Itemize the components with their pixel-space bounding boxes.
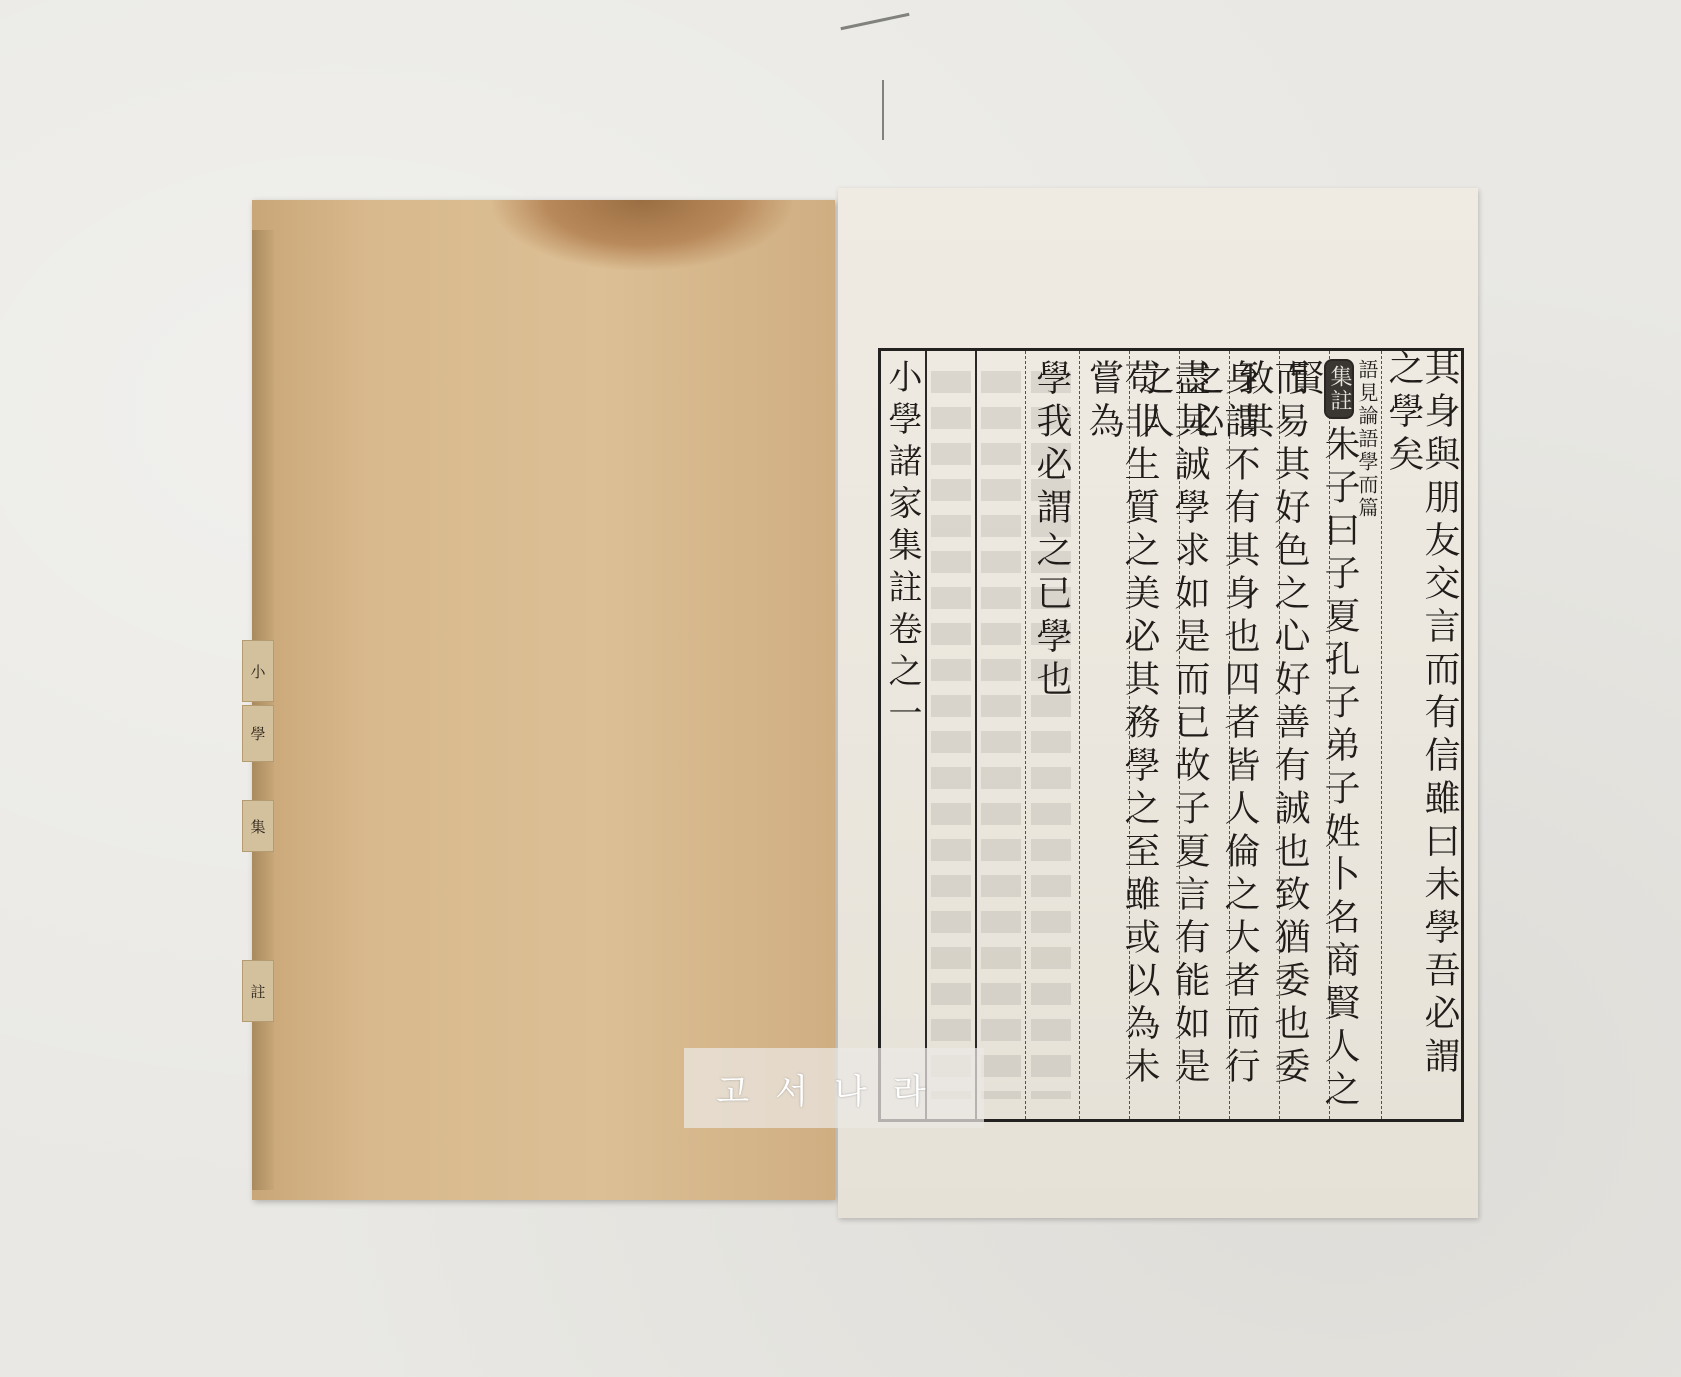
- cover-stain: [492, 200, 792, 270]
- column-rule: [975, 351, 977, 1119]
- surface-scratch: [840, 13, 909, 30]
- spine-label: 小: [242, 640, 274, 702]
- text-column: 其身與朋友交言而有信雖曰未學吾必謂之學矣: [1385, 349, 1457, 1115]
- column-rule: [925, 351, 927, 1119]
- print-frame: 小學諸家集註卷之一 學我必謂之已學也 苟非生質之美必其務學之至雖或以為未嘗為 盡…: [878, 348, 1464, 1122]
- watermark: 고서나라: [684, 1048, 984, 1128]
- spine-label: 集: [242, 800, 274, 852]
- bleed-through-text: [981, 371, 1021, 1099]
- spine-label: 註: [242, 960, 274, 1022]
- bleed-through-text: [931, 371, 971, 1099]
- column-rule: [1381, 351, 1382, 1119]
- source-note: 語見論語學而篇: [1337, 359, 1377, 1115]
- column-rule: [1079, 351, 1080, 1119]
- spine-label: 學: [242, 705, 274, 762]
- column-rule: [1025, 351, 1026, 1119]
- surface-scratch: [882, 80, 884, 140]
- volume-title: 小學諸家集註卷之一: [885, 359, 919, 1115]
- text-column: 學我必謂之已學也: [1033, 359, 1069, 1115]
